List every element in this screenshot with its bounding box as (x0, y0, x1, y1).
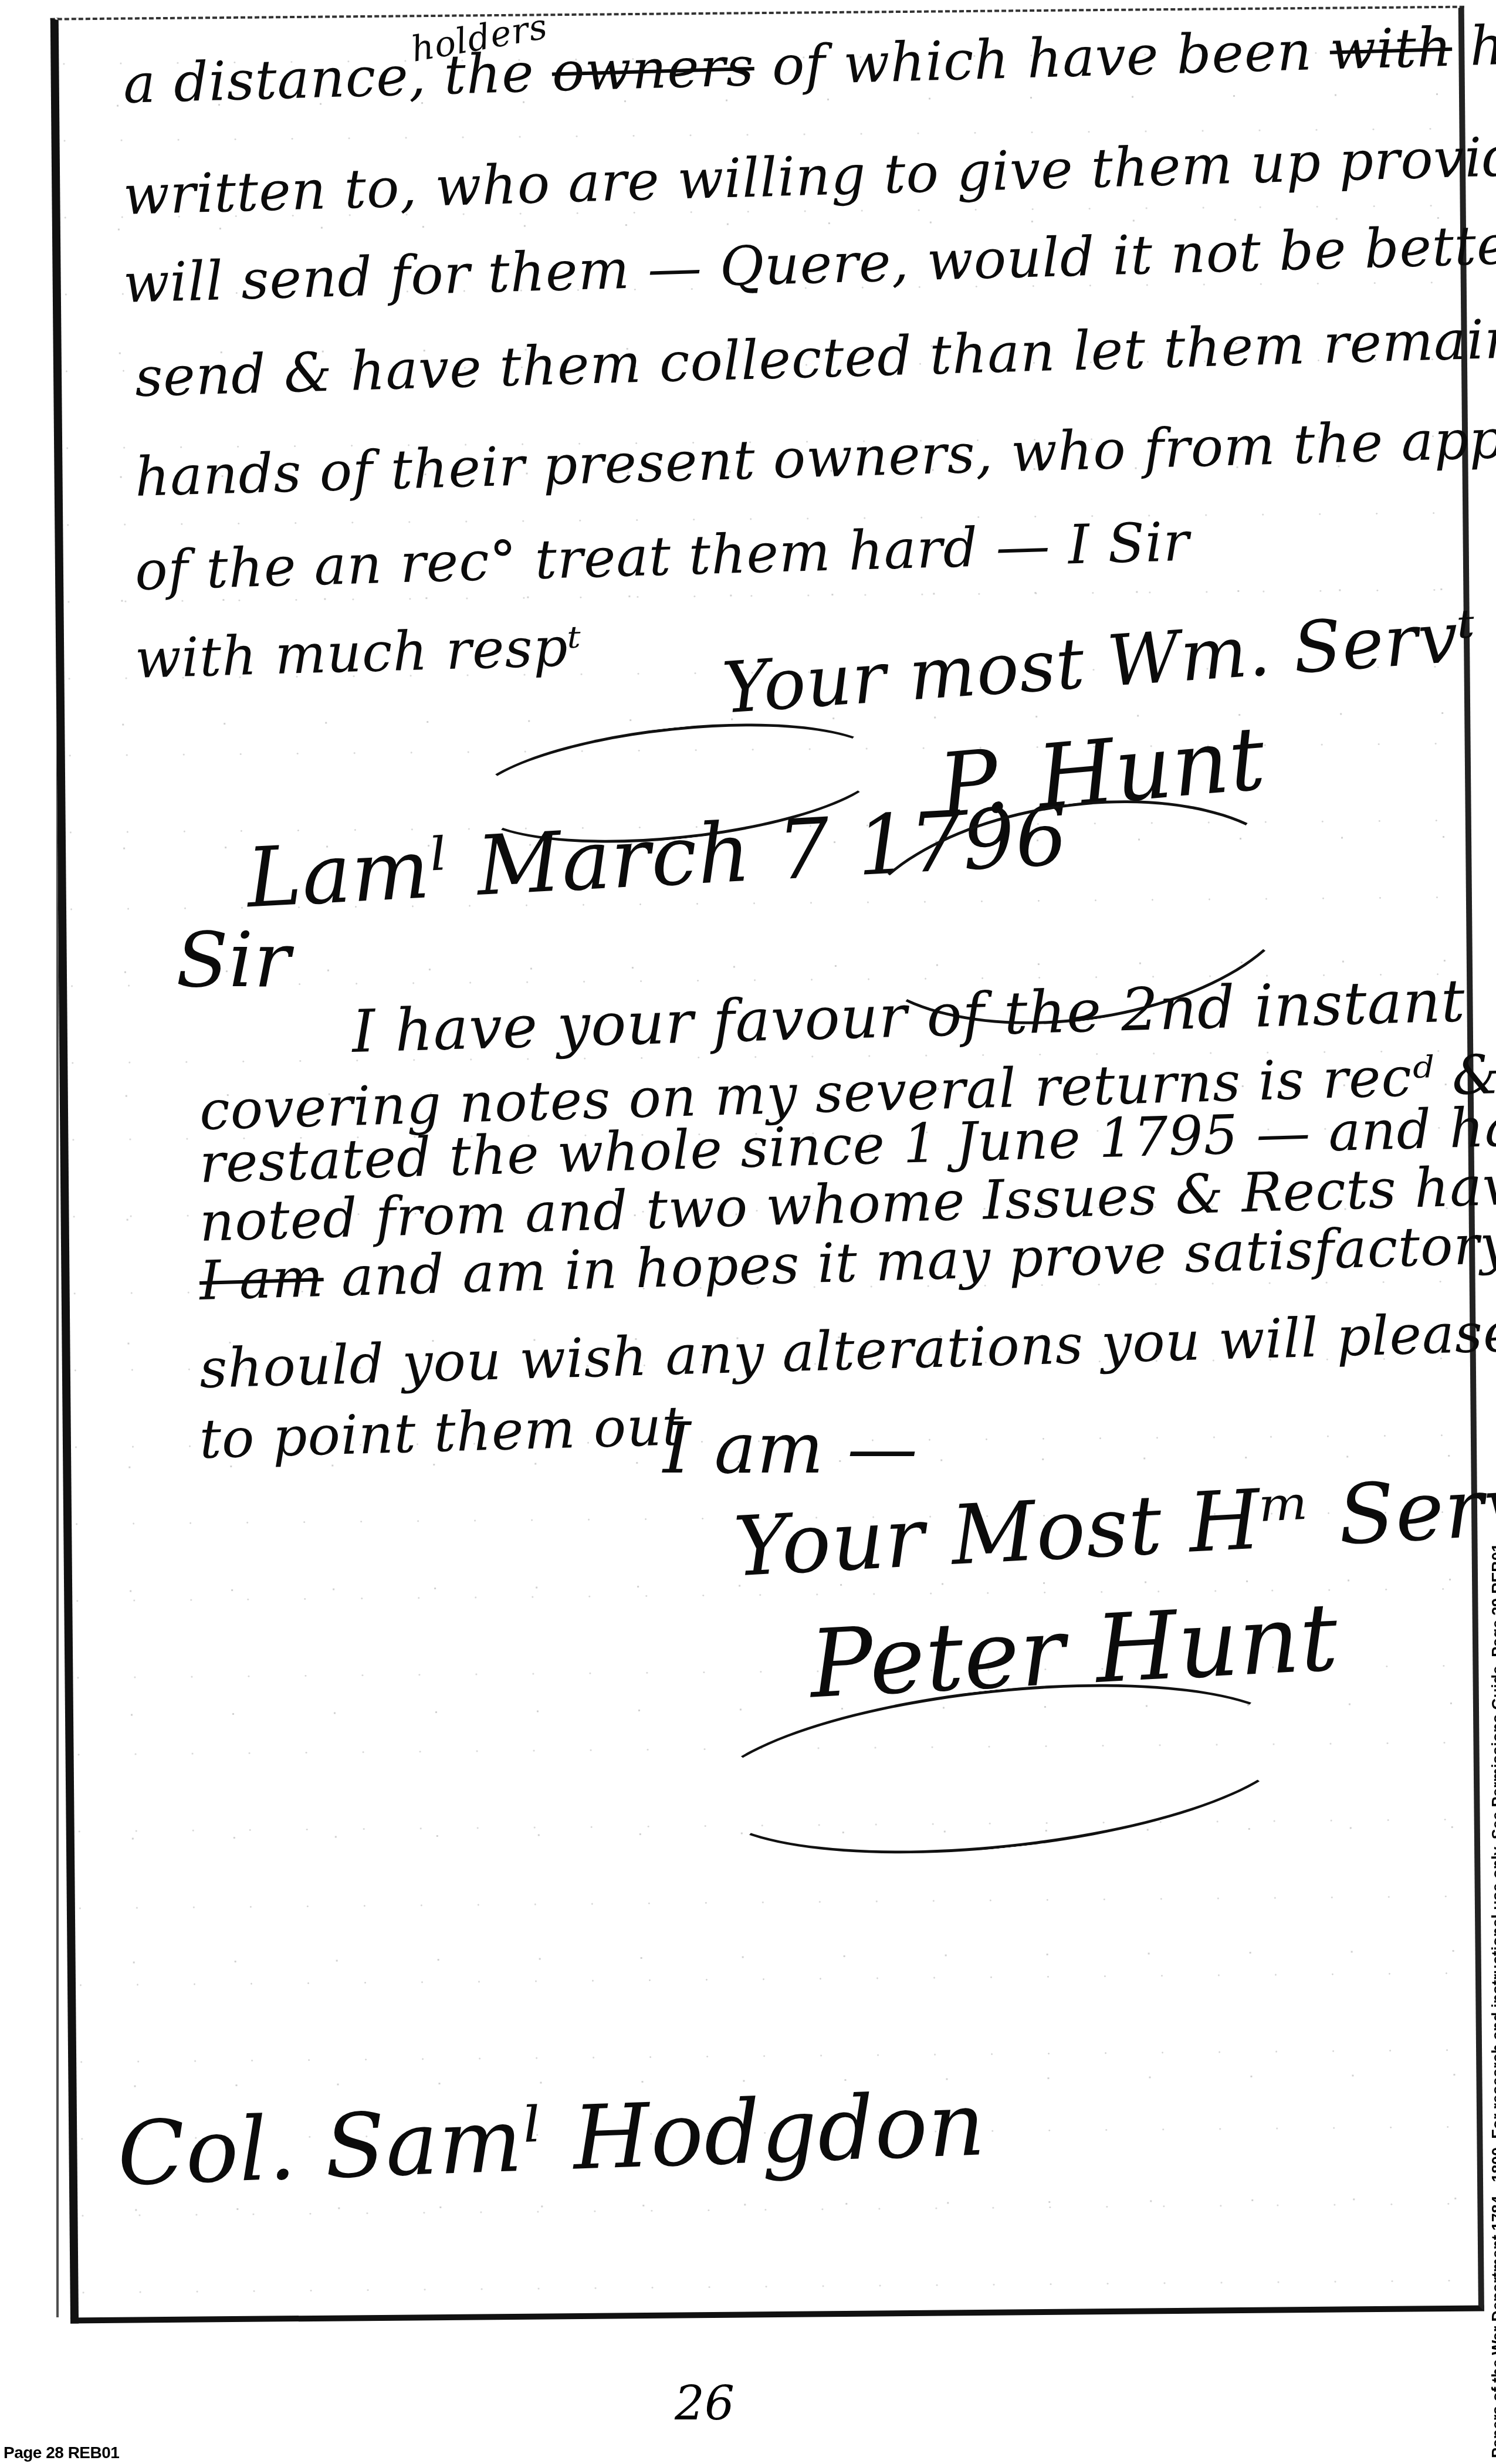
letter1-line-7: with much respᵗ (134, 615, 583, 691)
page-label: Page 28 REB01 (4, 2443, 119, 2462)
struck-word: owners (551, 35, 755, 104)
archive-caption: Papers of the War Department 1784 - 1800… (1489, 1544, 1496, 2458)
struck-word: I am (199, 1246, 325, 1312)
struck-word: with (1329, 16, 1453, 82)
handwritten-page-number: 26 (675, 2376, 735, 2431)
letter2-i-am: I am — (663, 1408, 918, 1490)
text-fragment: have been (1469, 7, 1496, 78)
letter2-salutation: Sir (176, 915, 291, 1004)
